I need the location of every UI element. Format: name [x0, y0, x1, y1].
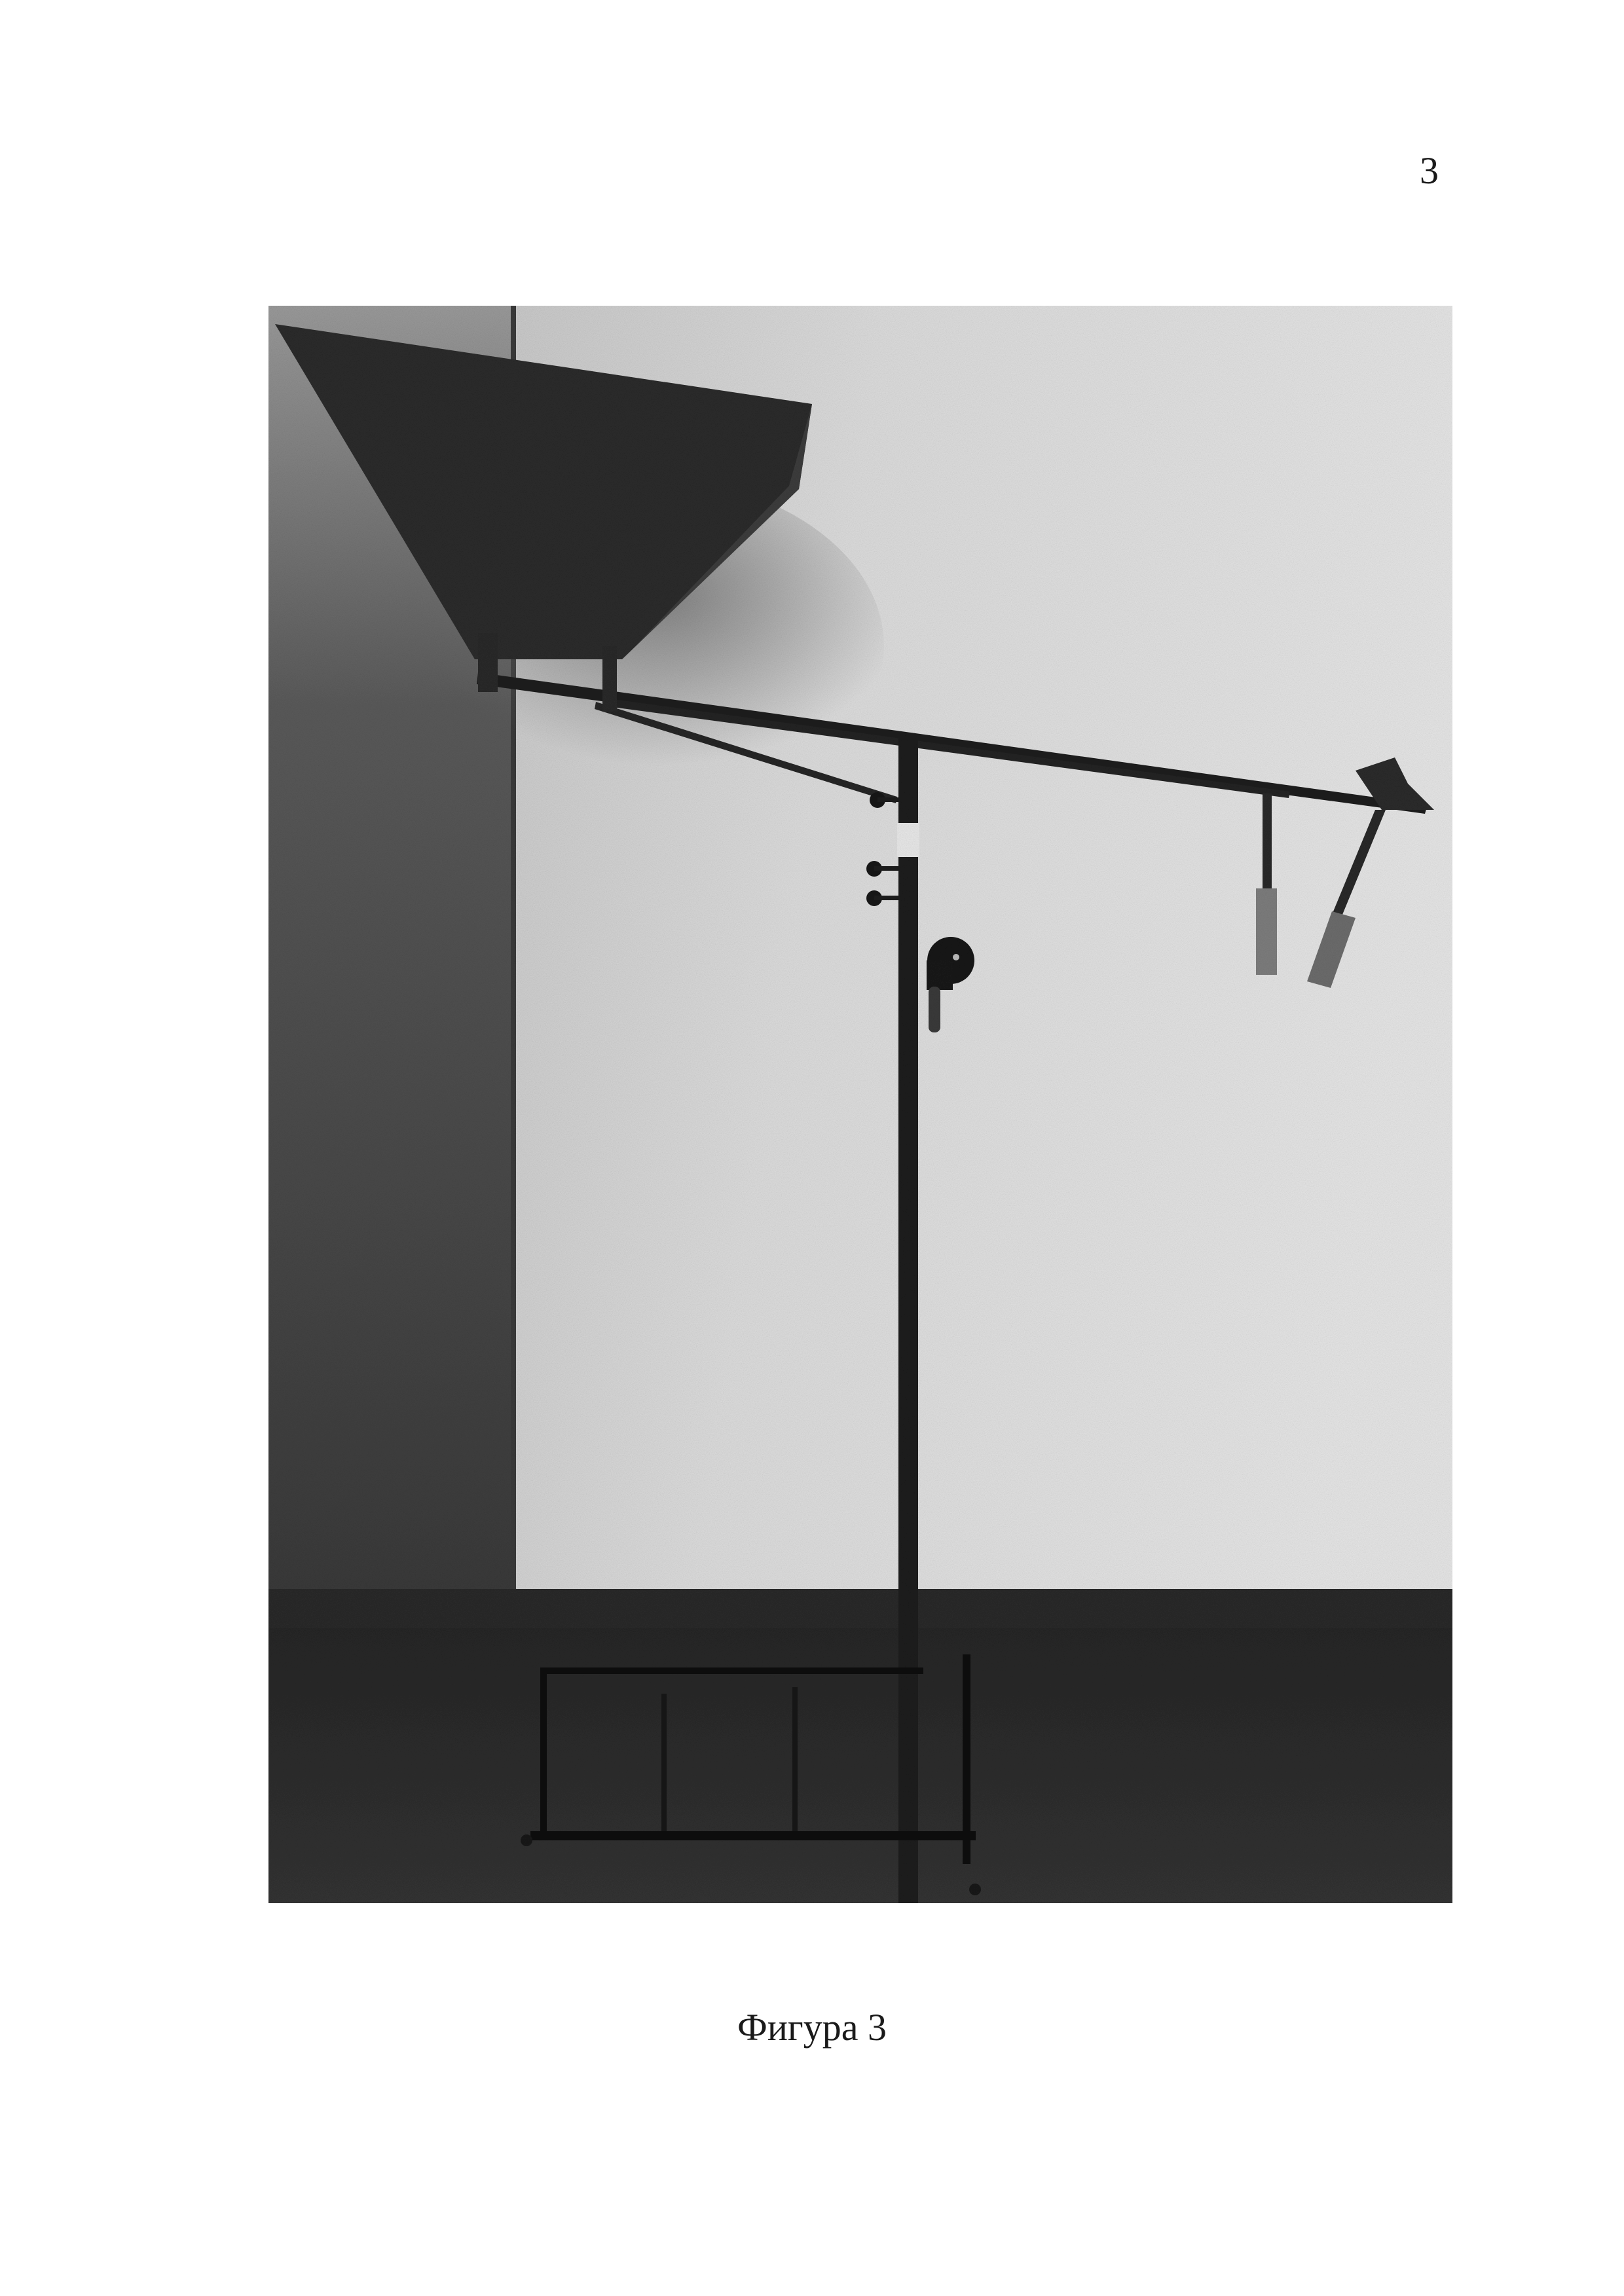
figure-photo	[268, 306, 1452, 1903]
apparatus-photo	[268, 306, 1452, 1903]
page-number: 3	[1420, 152, 1439, 190]
figure-caption: Фигура 3	[0, 2009, 1624, 2047]
